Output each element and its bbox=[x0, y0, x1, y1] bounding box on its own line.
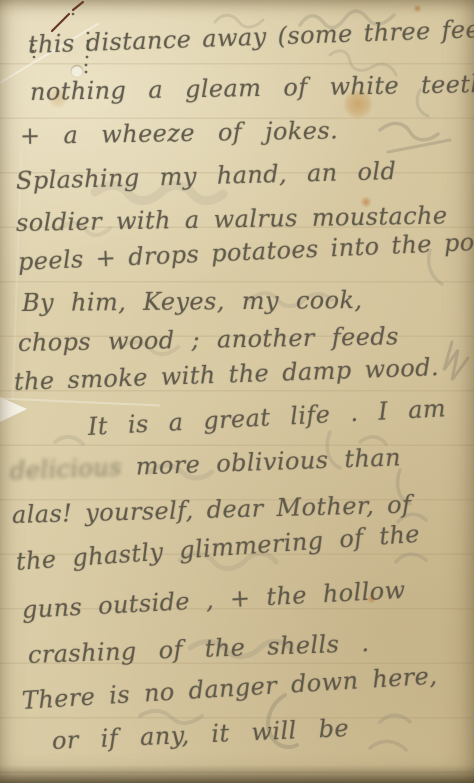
letter-page: this distance away (some three feet) not… bbox=[0, 0, 474, 783]
letter-line: By him, Keyes, my cook, bbox=[22, 287, 363, 316]
letter-line: + a wheeze of jokes. bbox=[20, 117, 339, 149]
smudged-word: delicious bbox=[10, 453, 123, 485]
ink-mark bbox=[52, 2, 83, 31]
punch-hole bbox=[71, 65, 83, 77]
